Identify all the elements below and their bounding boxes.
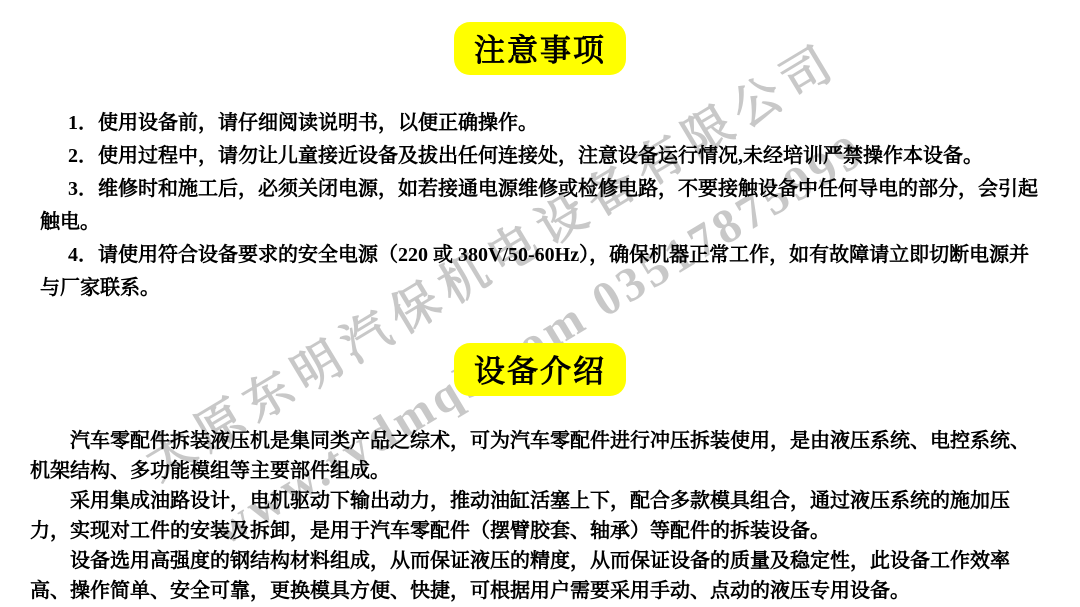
notice-item: 2．使用过程中，请勿让儿童接近设备及拔出任何连接处，注意设备运行情况,未经培训严… [40,140,1042,173]
notice-item: 3．维修时和施工后，必须关闭电源，如若接通电源维修或检修电路，不要接触设备中任何… [40,173,1042,239]
intro-paragraph: 采用集成油路设计，电机驱动下输出动力，推动油缸活塞上下，配合多款模具组合，通过液… [30,486,1046,546]
notice-item: 1．使用设备前，请仔细阅读说明书，以便正确操作。 [40,107,1042,140]
intro-paragraph: 汽车零配件拆装液压机是集同类产品之综术，可为汽车零配件进行冲压拆装使用，是由液压… [30,426,1046,486]
page-content: 注意事项 1．使用设备前，请仔细阅读说明书，以便正确操作。 2．使用过程中，请勿… [0,0,1080,606]
intro-paragraph: 设备选用高强度的钢结构材料组成，从而保证液压的精度，从而保证设备的质量及稳定性，… [30,546,1046,606]
intro-section-title: 设备介绍 [454,343,626,396]
notice-item: 4．请使用符合设备要求的安全电源（220 或 380V/50-60Hz），确保机… [40,239,1042,305]
intro-heading-row: 设备介绍 [0,305,1080,396]
manual-page: 太原东明汽保机电设备有限公司 www.tydmqb.com 0351787599… [0,0,1080,607]
notice-section-title: 注意事项 [454,22,626,75]
intro-paragraphs: 汽车零配件拆装液压机是集同类产品之综术，可为汽车零配件进行冲压拆装使用，是由液压… [0,426,1080,606]
notice-heading-row: 注意事项 [0,0,1080,75]
notice-list: 1．使用设备前，请仔细阅读说明书，以便正确操作。 2．使用过程中，请勿让儿童接近… [0,107,1080,305]
